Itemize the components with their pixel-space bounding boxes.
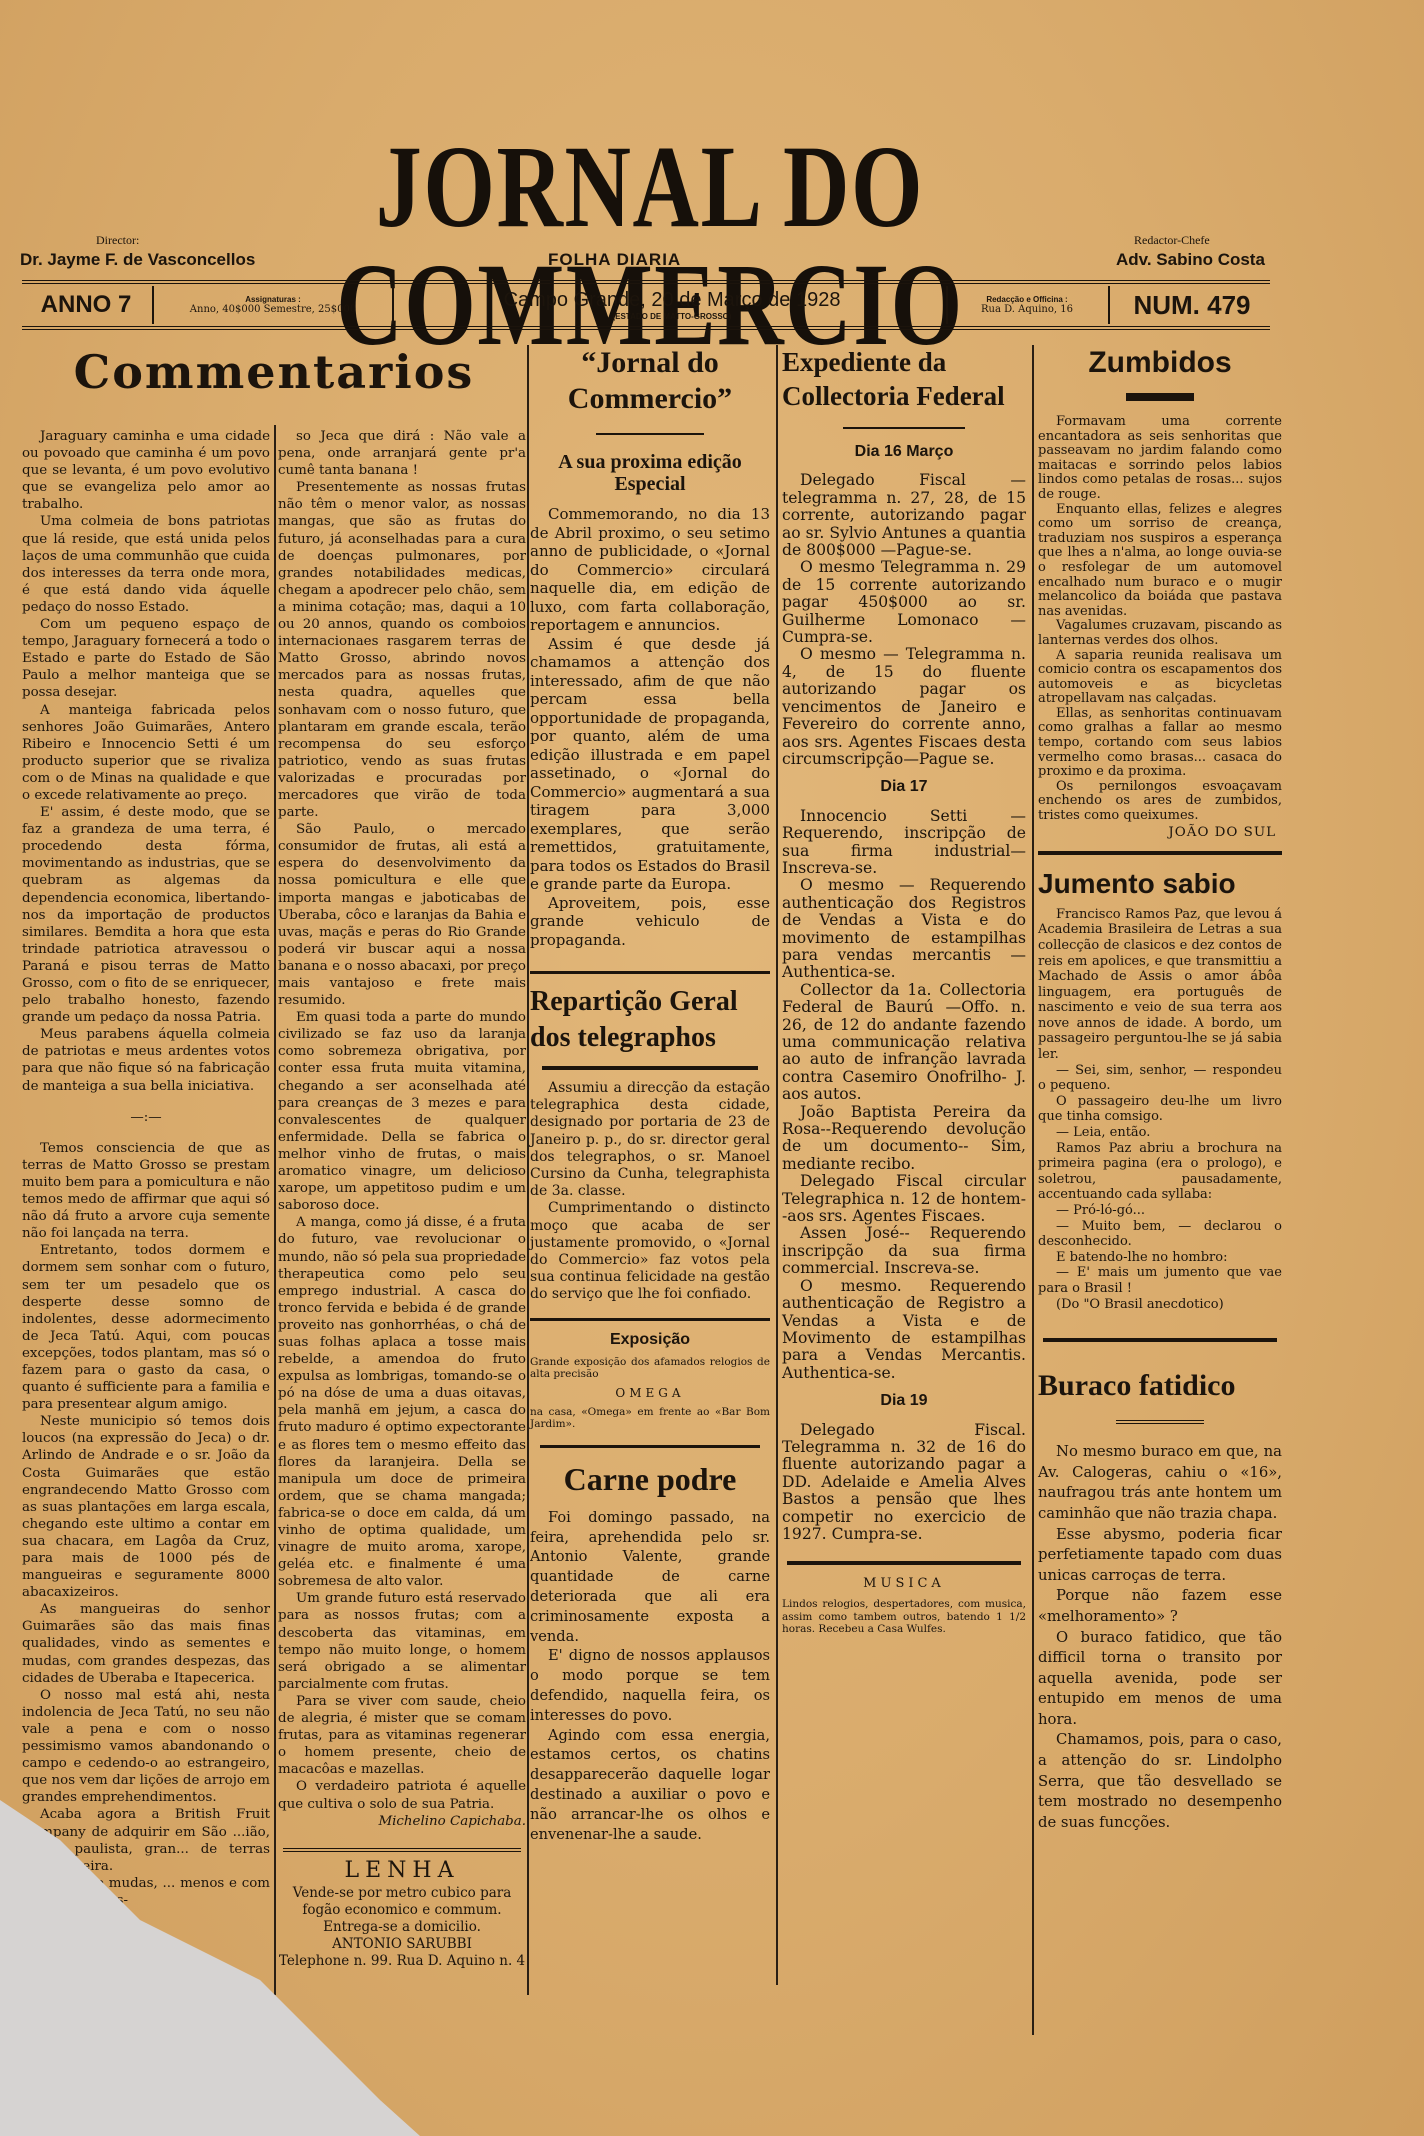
- paragraph: A manga, como já disse, é a fruta do fut…: [278, 1214, 526, 1590]
- subscriptions-label: Assignaturas :: [245, 295, 301, 304]
- paragraph: No mesmo buraco em que, na Av. Calogeras…: [1038, 1442, 1282, 1524]
- paragraph: O passageiro deu-lhe um livro que tinha …: [1038, 1094, 1282, 1125]
- subtitle: FOLHA DIARIA: [548, 250, 681, 270]
- paragraph: — Sei, sim, senhor, — respondeu o pequen…: [1038, 1063, 1282, 1094]
- paragraph: O verdadeiro patriota é aquelle que cult…: [278, 1778, 526, 1812]
- masthead: JORNAL DO COMMERCIO Director: Dr. Jayme …: [0, 0, 1424, 290]
- paragraph: São Paulo, o mercado consumidor de fruta…: [278, 821, 526, 1009]
- paragraph: O mesmo Telegramma n. 29 de 15 corrente …: [782, 559, 1026, 646]
- paragraph: Assen José-- Requerendo inscripção da su…: [782, 1225, 1026, 1277]
- dateline: Campo Grande, 20 de Março de 1928 (ESTAD…: [402, 284, 942, 326]
- paragraph: Francisco Ramos Paz, que levou á Academi…: [1038, 907, 1282, 1063]
- column-5: Zumbidos Formavam uma corrente encantado…: [1038, 345, 1282, 1833]
- paragraph: Esse abysmo, poderia ficar perfetiamente…: [1038, 1525, 1282, 1587]
- expediente-day-label: Dia 16 Março: [782, 443, 1026, 460]
- director-name: Dr. Jayme F. de Vasconcellos: [20, 250, 255, 270]
- paragraph: Chamamos, pois, para o caso, a attenção …: [1038, 1730, 1282, 1833]
- info-bar: ANNO 7 Assignaturas : Anno, 40$000 Semes…: [22, 280, 1270, 330]
- paragraph: — E' mais um jumento que vae para o Bras…: [1038, 1265, 1282, 1296]
- expediente-headline: Expediente da Collectoria Federal: [782, 345, 1026, 413]
- paragraph: As mangueiras do senhor Guimarães são da…: [22, 1601, 270, 1686]
- paragraph: A manteiga fabricada pelos senhores João…: [22, 702, 270, 805]
- carne-headline: Carne podre: [530, 1458, 770, 1500]
- paragraph: Aproveitem, pois, esse grande vehiculo d…: [530, 894, 770, 950]
- editor-name: Adv. Sabino Costa: [1116, 250, 1265, 270]
- commentarios-column-1: Jaraguary caminha e uma cidade ou povoad…: [22, 428, 270, 1909]
- jornal-headline: “Jornal do Commercio”: [530, 345, 770, 417]
- subscriptions-value: Anno, 40$000 Semestre, 25$000: [190, 304, 356, 315]
- paragraph: so Jeca que dirá : Não vale a pena, onde…: [278, 428, 526, 479]
- paragraph: A saparia reunida realisava um comicio c…: [1038, 649, 1282, 707]
- paragraph: Entretanto, todos dormem e dormem sem so…: [22, 1242, 270, 1413]
- paragraph: E' assim, é deste modo, que se faz a gra…: [22, 804, 270, 1026]
- paragraph: E' digno de nossos applausos o modo porq…: [530, 1646, 770, 1725]
- commentarios-signature: Michelino Capichaba.: [278, 1813, 526, 1830]
- paragraph: Collector da 1a. Collectoria Federal de …: [782, 982, 1026, 1104]
- paragraph: E batendo-lhe no hombro:: [1038, 1250, 1282, 1266]
- paragraph: João Baptista Pereira da Rosa--Requerend…: [782, 1104, 1026, 1174]
- paragraph: —:—: [22, 1109, 270, 1126]
- zumbidos-signature: JOÃO DO SUL: [1038, 824, 1276, 841]
- paragraph: Neste municipio só temos dois loucos (na…: [22, 1413, 270, 1601]
- dateline-text: Campo Grande, 20 de Março de 1928: [504, 289, 841, 312]
- commentarios-column-2: so Jeca que dirá : Não vale a pena, onde…: [278, 428, 526, 1970]
- paragraph: Commemorando, no dia 13 de Abril proximo…: [530, 505, 770, 635]
- paragraph: Enquanto ellas, felizes e alegres como u…: [1038, 503, 1282, 620]
- paragraph: Innocencio Setti — Requerendo, inscripçã…: [782, 808, 1026, 878]
- expediente-day-label: Dia 17: [782, 778, 1026, 795]
- ad-musica-title: MUSICA: [782, 1575, 1026, 1592]
- paragraph: Foi domingo passado, na feira, aprehendi…: [530, 1508, 770, 1647]
- expediente-day-label: Dia 19: [782, 1392, 1026, 1409]
- paragraph: Um grande futuro está reservado para as …: [278, 1590, 526, 1693]
- paragraph: Presentemente as nossas frutas não têm o…: [278, 479, 526, 821]
- editor-label: Redactor-Chefe: [1134, 233, 1210, 248]
- zumbidos-headline: Zumbidos: [1038, 345, 1282, 381]
- paragraph: Jaraguary caminha e uma cidade ou povoad…: [22, 428, 270, 513]
- ad-exposicao-brand: OMEGA: [530, 1385, 770, 1402]
- paragraph: O mesmo — Telegramma n. 4, de 15 do flue…: [782, 646, 1026, 768]
- paragraph: O buraco fatidico, que tão difficil torn…: [1038, 1628, 1282, 1731]
- ad-musica: MUSICA Lindos relogios, despertadores, c…: [782, 1575, 1026, 1636]
- ad-exposicao: Exposição Grande exposição dos afamados …: [530, 1331, 770, 1431]
- ad-lenha-line: Entrega-se a domicilio.: [278, 1919, 526, 1936]
- paragraph: Meus parabens áquella colmeia de patriot…: [22, 1026, 270, 1094]
- subscriptions: Assignaturas : Anno, 40$000 Semestre, 25…: [158, 284, 388, 326]
- ad-exposicao-address: na casa, «Omega» em frente ao «Bar Bom J…: [530, 1406, 770, 1431]
- paragraph: O mesmo — Requerendo authenticação dos R…: [782, 877, 1026, 981]
- commentarios-headline: Commentarios: [22, 345, 526, 399]
- ad-lenha-title: LENHA: [278, 1862, 526, 1879]
- office-address: Rua D. Aquino, 16: [981, 304, 1073, 315]
- paragraph: Porque não fazem esse «melhoramento» ?: [1038, 1586, 1282, 1627]
- paragraph: Assumiu a direcção da estação telegraphi…: [530, 1080, 770, 1200]
- paragraph: Cumprimentando o distincto moço que acab…: [530, 1200, 770, 1303]
- paragraph: — Muito bem, — declarou o desconhecido.: [1038, 1219, 1282, 1250]
- paragraph: (Do "O Brasil anecdotico): [1038, 1297, 1282, 1313]
- telegraphos-headline: Repartição Geral dos telegraphos: [530, 984, 770, 1056]
- paragraph: Ellas, as senhoritas continuavam como gr…: [1038, 707, 1282, 780]
- ad-lenha-line: Telephone n. 99. Rua D. Aquino n. 4: [278, 1953, 526, 1970]
- office-label: Redacção e Officina :: [986, 295, 1067, 304]
- paragraph: Com um pequeno espaço de tempo, Jaraguar…: [22, 616, 270, 701]
- ad-musica-text: Lindos relogios, despertadores, com musi…: [782, 1598, 1026, 1636]
- paragraph: Para se viver com saude, cheio de alegri…: [278, 1693, 526, 1778]
- jornal-subhead: A sua proxima edição Especial: [530, 451, 770, 495]
- paragraph: Assim é que desde já chamamos a attenção…: [530, 635, 770, 894]
- ad-lenha-line: ANTONIO SARUBBI: [278, 1936, 526, 1953]
- paragraph: Uma colmeia de bons patriotas que lá res…: [22, 513, 270, 616]
- paragraph: — Pró-ló-gó...: [1038, 1203, 1282, 1219]
- paragraph: Delegado Fiscal circular Telegraphica n.…: [782, 1173, 1026, 1225]
- ad-exposicao-text: Grande exposição dos afamados relogios d…: [530, 1356, 770, 1381]
- column-4: Expediente da Collectoria Federal Dia 16…: [782, 345, 1026, 1636]
- paragraph: O mesmo. Requerendo authenticação de Reg…: [782, 1278, 1026, 1382]
- issue-number: NUM. 479: [1114, 284, 1270, 326]
- state-text: (ESTADO DE MATTO-GROSSO): [612, 312, 731, 321]
- jumento-headline: Jumento sabio: [1038, 867, 1282, 901]
- paragraph: Os pernilongos esvoaçavam enchendo os ar…: [1038, 780, 1282, 824]
- paragraph: O nosso mal está ahi, nesta indolencia d…: [22, 1687, 270, 1807]
- ad-lenha-line: Vende-se por metro cubico para fogão eco…: [278, 1885, 526, 1919]
- paragraph: Temos consciencia de que as terras de Ma…: [22, 1140, 270, 1243]
- paragraph: Delegado Fiscal —telegramma n. 27, 28, d…: [782, 472, 1026, 559]
- paragraph: Agindo com essa energia, estamos certos,…: [530, 1726, 770, 1845]
- buraco-headline: Buraco fatidico: [1038, 1366, 1282, 1406]
- paragraph: Formavam uma corrente encantadora as sei…: [1038, 415, 1282, 503]
- column-3: “Jornal do Commercio” A sua proxima ediç…: [530, 345, 770, 1844]
- paragraph: Ramos Paz abriu a brochura na primeira p…: [1038, 1141, 1282, 1203]
- year-label: ANNO 7: [22, 284, 150, 326]
- ad-exposicao-title: Exposição: [530, 1331, 770, 1348]
- ad-lenha: LENHA Vende-se por metro cubico para fog…: [278, 1862, 526, 1971]
- director-label: Director:: [96, 233, 139, 248]
- paragraph: Em quasi toda a parte do mundo civilizad…: [278, 1009, 526, 1214]
- office: Redacção e Officina : Rua D. Aquino, 16: [952, 284, 1102, 326]
- paragraph: — Leia, então.: [1038, 1125, 1282, 1141]
- paragraph: Delegado Fiscal. Telegramma n. 32 de 16 …: [782, 1422, 1026, 1544]
- paragraph: Vagalumes cruzavam, piscando as lanterna…: [1038, 619, 1282, 648]
